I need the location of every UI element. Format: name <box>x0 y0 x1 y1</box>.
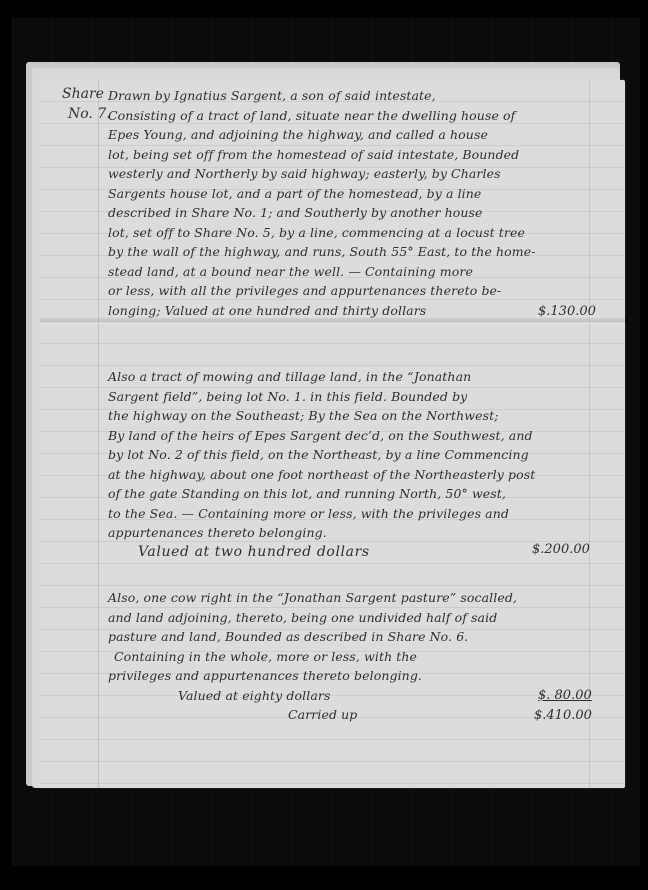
text-line: Epes Young, and adjoining the highway, a… <box>108 125 536 145</box>
text-line: Sargent field”, being lot No. 1. in this… <box>108 387 535 407</box>
text-line: and land adjoining, thereto, being one u… <box>108 608 517 628</box>
text-line: the highway on the Southeast; By the Sea… <box>108 406 535 426</box>
text-line: appurtenances thereto belonging. <box>108 523 535 543</box>
carried-up-total: $.410.00 <box>534 708 592 723</box>
share-number: No. 7. <box>62 104 111 124</box>
text-line: By land of the heirs of Epes Sargent dec… <box>108 426 535 446</box>
valued-line: Valued at two hundred dollars <box>108 543 535 563</box>
text-line: by lot No. 2 of this field, on the North… <box>108 445 535 465</box>
carried-up-label: Carried up <box>108 705 517 725</box>
amount-130: $.130.00 <box>538 304 596 319</box>
margin-rule <box>98 80 99 788</box>
paragraph-mowing-land: Also a tract of mowing and tillage land,… <box>108 367 535 562</box>
text-line: described in Share No. 1; and Southerly … <box>108 203 536 223</box>
valued-line: Valued at eighty dollars <box>108 686 517 706</box>
share-label: Share <box>62 84 111 104</box>
text-line: Also a tract of mowing and tillage land,… <box>108 367 535 387</box>
text-line: lot, set off to Share No. 5, by a line, … <box>108 223 536 243</box>
text-line: by the wall of the highway, and runs, So… <box>108 242 536 262</box>
text-line: privileges and appurtenances thereto bel… <box>108 666 517 686</box>
text-line: Also, one cow right in the “Jonathan Sar… <box>108 588 517 608</box>
text-line: lot, being set off from the homestead of… <box>108 145 536 165</box>
text-line: longing; Valued at one hundred and thirt… <box>108 301 536 321</box>
paragraph-share-7-lot: Drawn by Ignatius Sargent, a son of said… <box>108 86 536 320</box>
document-page: Share No. 7. Drawn by Ignatius Sargent, … <box>40 80 625 788</box>
text-line: Sargents house lot, and a part of the ho… <box>108 184 536 204</box>
share-number-note: Share No. 7. <box>62 84 111 123</box>
paragraph-cow-right: Also, one cow right in the “Jonathan Sar… <box>108 588 517 725</box>
text-line: to the Sea. — Containing more or less, w… <box>108 504 535 524</box>
text-line: Drawn by Ignatius Sargent, a son of said… <box>108 86 536 106</box>
text-line: of the gate Standing on this lot, and ru… <box>108 484 535 504</box>
text-line: Consisting of a tract of land, situate n… <box>108 106 536 126</box>
amount-80: $. 80.00 <box>538 688 592 703</box>
text-line: at the highway, about one foot northeast… <box>108 465 535 485</box>
text-line: pasture and land, Bounded as described i… <box>108 627 517 647</box>
text-line: or less, with all the privileges and app… <box>108 281 536 301</box>
text-line: Containing in the whole, more or less, w… <box>108 647 517 667</box>
amount-200: $.200.00 <box>532 542 590 557</box>
right-rule <box>589 80 590 788</box>
text-line: westerly and Northerly by said highway; … <box>108 164 536 184</box>
text-line: stead land, at a bound near the well. — … <box>108 262 536 282</box>
